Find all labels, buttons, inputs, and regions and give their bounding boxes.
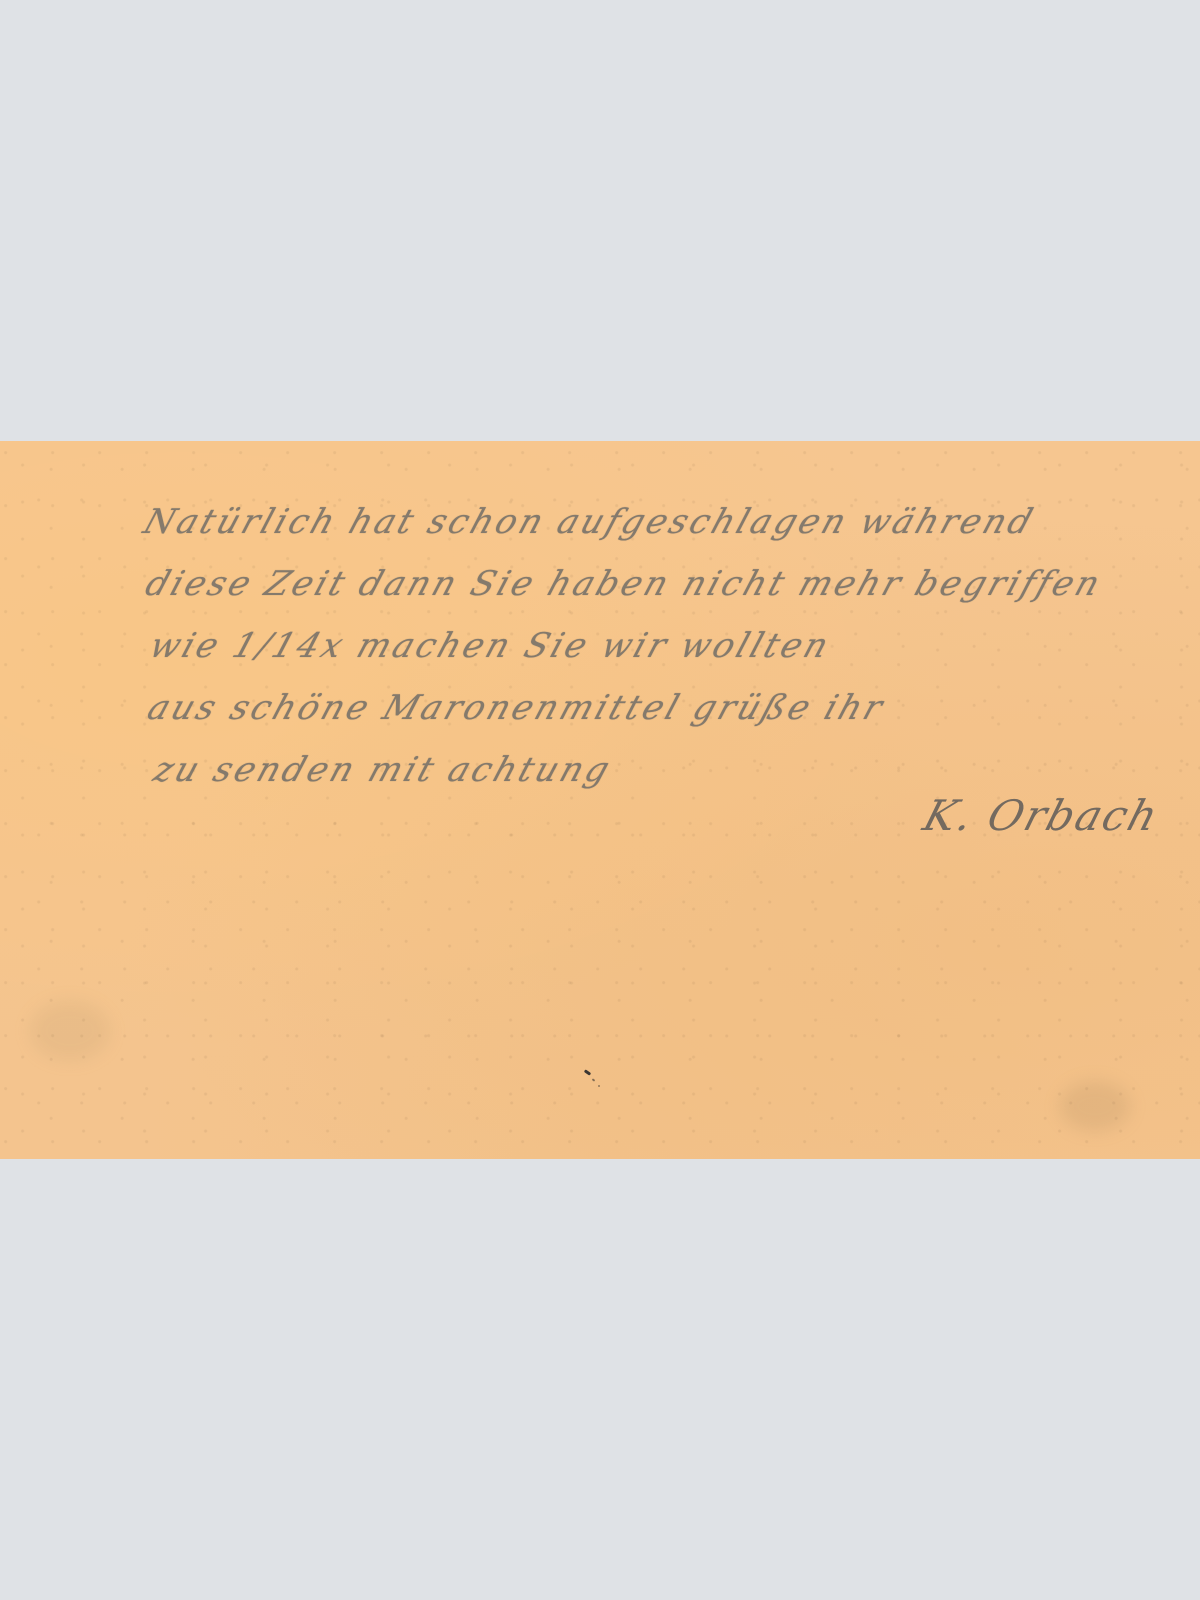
paper-smudge [30, 1001, 110, 1061]
ink-speck [584, 1069, 591, 1075]
message-line-4: aus schöne Maronenmittel grüße ihr [139, 677, 1200, 739]
postcard: Natürlich hat schon aufgeschlagen währen… [0, 441, 1200, 1159]
message-line-2: diese Zeit dann Sie haben nicht mehr beg… [137, 553, 1200, 615]
ink-speck [592, 1078, 596, 1081]
handwritten-message: Natürlich hat schon aufgeschlagen währen… [135, 491, 1195, 801]
message-line-3: wie 1/14x machen Sie wir wollten [141, 615, 1200, 677]
signature: K. Orbach [918, 791, 1165, 840]
ink-speck [598, 1085, 601, 1088]
message-line-1: Natürlich hat schon aufgeschlagen währen… [135, 491, 1200, 553]
paper-smudge [1060, 1081, 1130, 1131]
